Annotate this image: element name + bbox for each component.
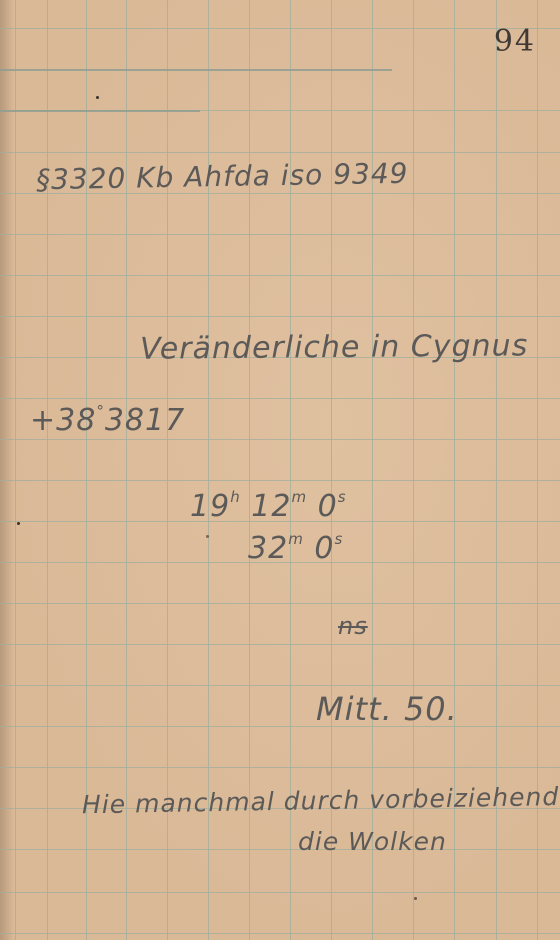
seconds-mark: s <box>334 530 343 548</box>
degree-mark: ° <box>96 402 105 420</box>
remark-line-2: die Wolken <box>298 827 447 856</box>
paper-speck <box>206 535 209 538</box>
header-rule-short <box>0 110 200 112</box>
remark-line-1: Hie manchmal durch vorbeiziehende <box>82 782 560 820</box>
grid-line <box>0 275 560 276</box>
struck-out-text: ns <box>338 612 368 640</box>
paper-speck <box>17 522 20 525</box>
minutes-mark: m <box>291 488 307 506</box>
grid-line <box>0 767 560 768</box>
ra-minutes: 32 <box>248 531 288 566</box>
paper-speck <box>414 897 417 900</box>
grid-line <box>15 0 16 940</box>
grid-line <box>0 316 560 317</box>
minutes-mark: m <box>288 530 304 548</box>
grid-line <box>0 234 560 235</box>
right-ascension-1: 19h 12m 0s <box>190 488 347 524</box>
grid-line <box>0 398 560 399</box>
grid-line <box>0 480 560 481</box>
declination-note: +38°3817 <box>30 402 185 438</box>
grid-line <box>0 892 560 893</box>
ra-minutes: 12 <box>251 489 291 524</box>
ra-seconds: 0 <box>318 489 338 524</box>
heading-variables-in-cygnus: Veränderliche in Cygnus <box>140 328 529 366</box>
ra-seconds: 0 <box>314 531 334 566</box>
catalog-reference-note: §3320 Kb Ahfda iso 9349 <box>36 157 409 196</box>
paper-speck <box>96 96 99 99</box>
notebook-page: 94 §3320 Kb Ahfda iso 9349 Veränderliche… <box>0 0 560 940</box>
seconds-mark: s <box>338 488 347 506</box>
grid-line <box>0 603 560 604</box>
right-ascension-2: 32m 0s <box>248 530 343 566</box>
grid-line <box>0 685 560 686</box>
declination-rest: 3817 <box>105 403 185 438</box>
grid-line <box>0 726 560 727</box>
mitt-note: Mitt. 50. <box>316 690 458 728</box>
grid-line <box>0 28 560 29</box>
grid-line <box>0 152 560 153</box>
ra-hours: 19 <box>190 489 230 524</box>
grid-line <box>0 933 560 934</box>
declination-degrees: 38 <box>56 403 96 438</box>
declination-sign: + <box>30 403 56 438</box>
header-rule <box>0 69 392 71</box>
grid-line <box>0 849 560 850</box>
grid-line <box>47 0 48 940</box>
grid-line <box>0 644 560 645</box>
page-number: 94 <box>494 24 536 59</box>
grid-line <box>0 439 560 440</box>
hours-mark: h <box>230 488 241 506</box>
